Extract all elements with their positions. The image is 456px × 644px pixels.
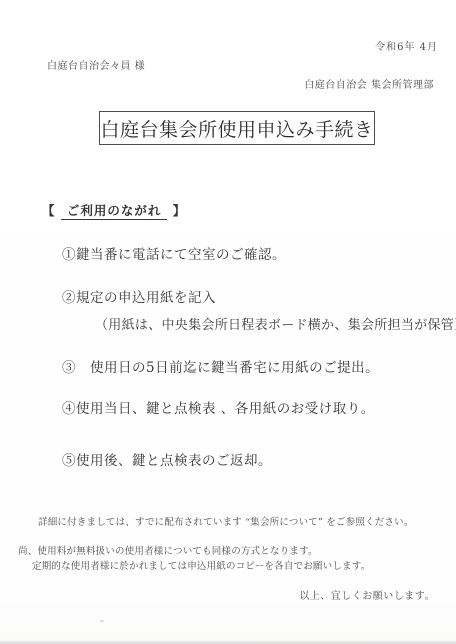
section-heading-open-bracket: 【 <box>42 203 56 218</box>
sender-line: 白庭台自治会 集会所管理部 <box>304 76 434 91</box>
document-title: 白庭台集会所使用申込み手続き <box>100 115 373 142</box>
procedure-step-2-note: （用紙は、中央集会所日程表ボード横か、集会所担当が保管） <box>95 314 456 333</box>
section-heading-label: ご利用のながれ <box>61 203 168 220</box>
addressee-line: 白庭台自治会々員 様 <box>47 57 145 72</box>
procedure-step-1: ①鍵当番に電話にて空室のご確認。 <box>62 243 286 263</box>
footnote-free-users: 尚、使用料が無料扱いの使用者様についても同様の方式となります。 <box>18 543 318 557</box>
closing-line: 以上、宜しくお願いします。 <box>299 587 435 602</box>
footnote-regular-users: 定期的な使用者様に於かれましては申込用紙のコピーを各自でお願いします。 <box>32 558 370 572</box>
procedure-step-3: ③ 使用日の5日前迄に鍵当番宅に用紙のご提出。 <box>62 356 379 376</box>
procedure-step-4: ④使用当日、鍵と点検表 、各用紙のお受け取り。 <box>62 397 375 417</box>
procedure-step-2: ②規定の申込用紙を記入 <box>62 286 216 306</box>
section-heading-close-bracket: 】 <box>173 203 187 218</box>
scan-edge-shadow <box>0 640 456 644</box>
scanned-document-page: 令和6年 4月 白庭台自治会々員 様 白庭台自治会 集会所管理部 白庭台集会所使… <box>0 0 456 644</box>
section-heading: 【 ご利用のながれ 】 <box>42 201 186 219</box>
footnote-reference: 詳細に付きましては、すでに配布されています “集会所について” をご参照ください… <box>38 514 414 528</box>
scan-artifact-speck <box>100 620 104 622</box>
procedure-step-5: ⑤使用後、鍵と点検表のご返却。 <box>62 449 272 469</box>
document-date: 令和6年 4月 <box>375 38 438 53</box>
document-title-box: 白庭台集会所使用申込み手続き <box>99 111 375 145</box>
